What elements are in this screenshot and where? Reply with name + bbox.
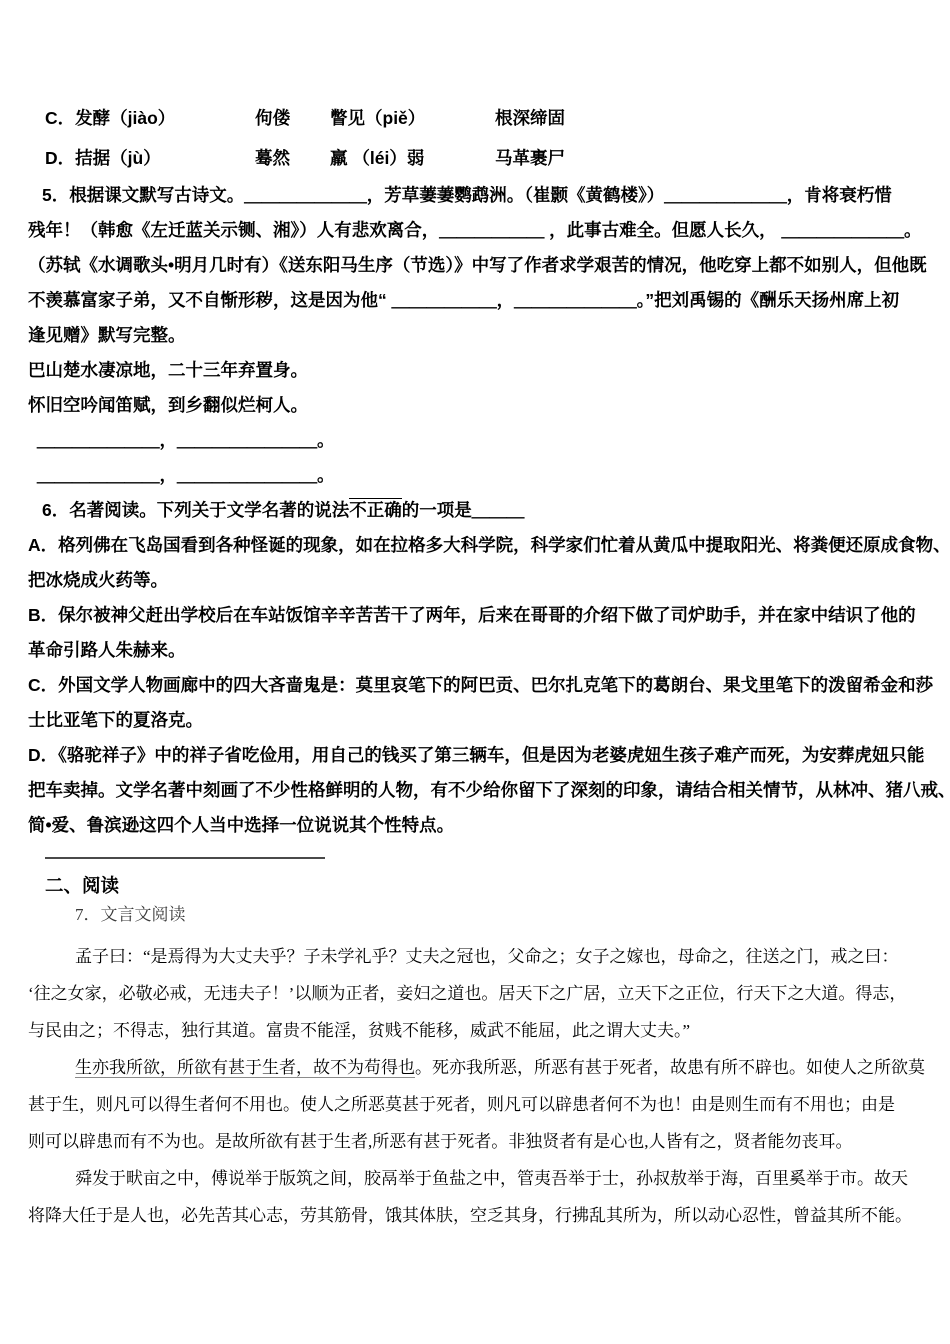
passage-p2-line: 则可以辟患而有不为也。是故所欲有甚于生者,所恶有甚于死者。非独贤者有是心也,人皆… [0, 1123, 922, 1160]
question-6-title-prefix: 6．名著阅读。下列关于文学名著的说法 [42, 500, 349, 520]
answer-divider-line [45, 857, 325, 859]
passage-p3-line: 将降大任于是人也，必先苦其心志，劳其筋骨，饿其体肤，空乏其身，行拂乱其所为，所以… [0, 1197, 922, 1234]
question-5-block: 5．根据课文默写古诗文。＿＿＿＿＿＿＿，芳草萋萋鹦鹉洲。（崔颢《黄鹤楼》）＿＿＿… [0, 178, 922, 423]
passage-paragraph-2: 生亦我所欲，所欲有甚于生者，故不为苟得也。死亦我所恶，所恶有甚于死者，故患有所不… [0, 1049, 922, 1160]
question-6-title-suffix: 的一项是＿＿＿ [402, 500, 525, 520]
option-c-item: 根深缔固 [495, 98, 565, 138]
question-5-blank-lines: ＿＿＿＿＿＿＿，＿＿＿＿＿＿＿＿。＿＿＿＿＿＿＿，＿＿＿＿＿＿＿＿。 [0, 423, 922, 493]
option-d-item: 羸 （léi）弱 [330, 138, 495, 178]
option-d-item: 蓦然 [255, 138, 330, 178]
option-d-line: 简•爱、鲁滨逊这四个人当中选择一位说说其个性特点。 [0, 808, 922, 843]
answer-blank-line: ＿＿＿＿＿＿＿，＿＿＿＿＿＿＿＿。 [0, 458, 922, 493]
answer-blank-line: ＿＿＿＿＿＿＿，＿＿＿＿＿＿＿＿。 [0, 423, 922, 458]
option-b-line: B．保尔被神父赶出学校后在车站饭馆辛辛苦苦干了两年，后来在哥哥的介绍下做了司炉助… [0, 598, 922, 633]
question-6-option-a: A．格列佛在飞岛国看到各种怪诞的现象，如在拉格多大科学院，科学家们忙着从黄瓜中提… [0, 528, 922, 598]
option-c-item: 瞥见（piě） [330, 98, 495, 138]
option-d-item: D．拮据（jù） [45, 138, 255, 178]
question-5-line: 怀旧空吟闻笛赋，到乡翻似烂柯人。 [0, 388, 922, 423]
option-d-item: 马革裹尸 [495, 138, 565, 178]
passage-p2-line1-rest: 。死亦我所恶，所恶有甚于死者，故患有所不辟也。如使人之所欲莫 [415, 1058, 925, 1077]
question-6-emphasis: 不正确 [349, 498, 402, 520]
option-row-c: C．发酵（jiào）佝偻瞥见（piě）根深缔固 [0, 98, 922, 138]
option-c-line: 士比亚笔下的夏洛克。 [0, 703, 922, 738]
option-c-item: C．发酵（jiào） [45, 98, 255, 138]
question-5-line: 5．根据课文默写古诗文。＿＿＿＿＿＿＿，芳草萋萋鹦鹉洲。（崔颢《黄鹤楼》）＿＿＿… [0, 178, 922, 213]
passage-p3-line: 舜发于畎亩之中，傅说举于版筑之间，胶鬲举于鱼盐之中，管夷吾举于士，孙叔敖举于海，… [0, 1160, 922, 1197]
passage-paragraph-3: 舜发于畎亩之中，傅说举于版筑之间，胶鬲举于鱼盐之中，管夷吾举于士，孙叔敖举于海，… [0, 1160, 922, 1234]
passage-p1-line: 孟子曰：“是焉得为大丈夫乎？子未学礼乎？丈夫之冠也，父命之；女子之嫁也，母命之，… [0, 938, 922, 975]
option-a-line: 把冰烧成火药等。 [0, 563, 922, 598]
passage-p1-line: 与民由之；不得志，独行其道。富贵不能淫，贫贱不能移，威武不能屈，此之谓大丈夫。” [0, 1012, 922, 1049]
passage-paragraph-2-rest: 甚于生，则凡可以得生者何不用也。使人之所恶莫甚于死者，则凡可以辟患者何不为也！由… [0, 1086, 922, 1160]
passage-p1-line: ‘往之女家，必敬必戒，无违夫子！’以顺为正者，妾妇之道也。居天下之广居，立天下之… [0, 975, 922, 1012]
option-c-item: 佝偻 [255, 98, 330, 138]
option-c-line: C．外国文学人物画廊中的四大吝啬鬼是：莫里哀笔下的阿巴贡、巴尔扎克笔下的葛朗台、… [0, 668, 922, 703]
passage-p2-line: 甚于生，则凡可以得生者何不用也。使人之所恶莫甚于死者，则凡可以辟患者何不为也！由… [0, 1086, 922, 1123]
question-6-option-b: B．保尔被神父赶出学校后在车站饭馆辛辛苦苦干了两年，后来在哥哥的介绍下做了司炉助… [0, 598, 922, 668]
classical-passage: 孟子曰：“是焉得为大丈夫乎？子未学礼乎？丈夫之冠也，父命之；女子之嫁也，母命之，… [0, 938, 922, 1234]
question-6-option-d: D．《骆驼祥子》中的祥子省吃俭用，用自己的钱买了第三辆车，但是因为老婆虎妞生孩子… [0, 738, 922, 843]
question-6-title: 6．名著阅读。下列关于文学名著的说法不正确的一项是＿＿＿ [0, 493, 922, 528]
passage-paragraph-1: 孟子曰：“是焉得为大丈夫乎？子未学礼乎？丈夫之冠也，父命之；女子之嫁也，母命之，… [0, 938, 922, 1049]
underlined-sentence: 生亦我所欲，所欲有甚于生者，故不为苟得也 [75, 1058, 415, 1077]
section-2-heading: 二、阅读 [0, 872, 922, 900]
option-d-line: 把车卖掉。文学名著中刻画了不少性格鲜明的人物，有不少给你留下了深刻的印象，请结合… [0, 773, 922, 808]
question-6-option-c: C．外国文学人物画廊中的四大吝啬鬼是：莫里哀笔下的阿巴贡、巴尔扎克笔下的葛朗台、… [0, 668, 922, 738]
question-5-line: 不羡慕富家子弟，又不自惭形秽，这是因为他“ ＿＿＿＿＿＿，＿＿＿＿＿＿＿。”把刘… [0, 283, 922, 318]
option-b-line: 革命引路人朱赫来。 [0, 633, 922, 668]
question-7-label: 7．文言文阅读 [0, 900, 922, 930]
exam-page: C．发酵（jiào）佝偻瞥见（piě）根深缔固 D．拮据（jù）蓦然羸 （léi… [0, 0, 950, 1344]
option-d-line: D．《骆驼祥子》中的祥子省吃俭用，用自己的钱买了第三辆车，但是因为老婆虎妞生孩子… [0, 738, 922, 773]
question-5-line: 残年！（韩愈《左迁蓝关示铡、湘》）人有悲欢离合，＿＿＿＿＿＿ ，此事古难全。但愿… [0, 213, 922, 248]
question-5-line: 巴山楚水凄凉地，二十三年弃置身。 [0, 353, 922, 388]
option-a-line: A．格列佛在飞岛国看到各种怪诞的现象，如在拉格多大科学院，科学家们忙着从黄瓜中提… [0, 528, 922, 563]
option-row-d: D．拮据（jù）蓦然羸 （léi）弱马革裹尸 [0, 138, 922, 178]
question-5-line: （苏轼《水调歌头•明月几时有）《送东阳马生序（节选）》中写了作者求学艰苦的情况，… [0, 248, 922, 283]
question-5-line: 逢见赠》默写完整。 [0, 318, 922, 353]
passage-p2-line: 生亦我所欲，所欲有甚于生者，故不为苟得也。死亦我所恶，所恶有甚于死者，故患有所不… [0, 1049, 922, 1086]
